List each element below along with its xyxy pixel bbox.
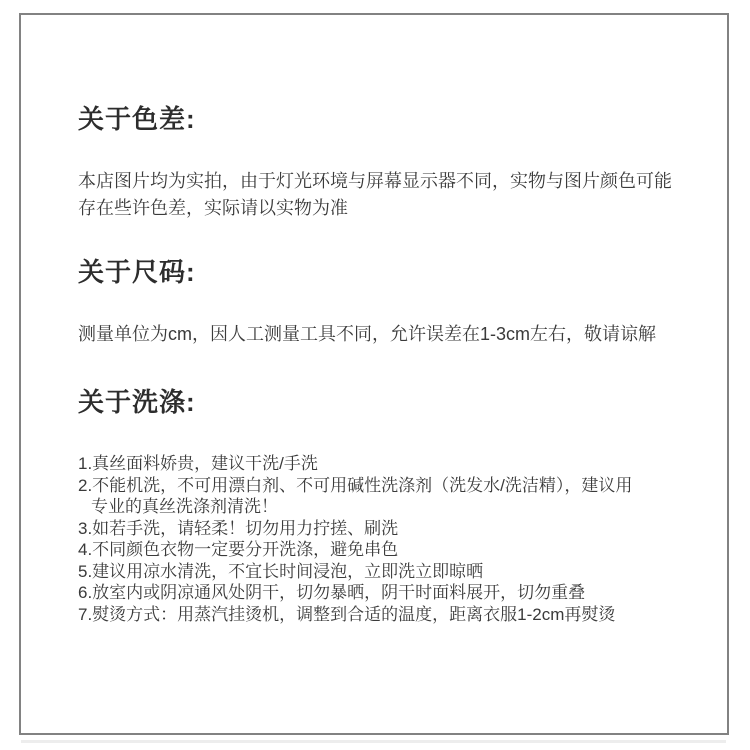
- heading-washing: 关于洗涤:: [78, 386, 699, 419]
- washing-instruction-item: 2.不能机洗，不可用漂白剂、不可用碱性洗涤剂（洗发水/洗洁精），建议用 专业的真…: [78, 475, 699, 518]
- product-notice-image: 关于色差: 本店图片均为实拍，由于灯光环境与屏幕显示器不同，实物与图片颜色可能 …: [0, 0, 750, 750]
- heading-color-difference: 关于色差:: [78, 103, 699, 136]
- washing-instruction-item: 1.真丝面料娇贵，建议干洗/手洗: [78, 453, 699, 475]
- heading-size: 关于尺码:: [78, 256, 699, 289]
- washing-instruction-item: 6.放室内或阴凉通风处阴干，切勿暴晒，阴干时面料展开，切勿重叠: [78, 582, 699, 604]
- washing-instruction-item: 5.建议用凉水清洗，不宜长时间浸泡，立即洗立即晾晒: [78, 561, 699, 583]
- notice-card: 关于色差: 本店图片均为实拍，由于灯光环境与屏幕显示器不同，实物与图片颜色可能 …: [19, 13, 729, 735]
- paragraph-size: 测量单位为cm，因人工测量工具不同，允许误差在1-3cm左右，敬请谅解: [78, 321, 699, 348]
- washing-instruction-item: 4.不同颜色衣物一定要分开洗涤，避免串色: [78, 539, 699, 561]
- paragraph-color-difference: 本店图片均为实拍，由于灯光环境与屏幕显示器不同，实物与图片颜色可能 存在些许色差…: [78, 168, 699, 222]
- washing-instructions-list: 1.真丝面料娇贵，建议干洗/手洗 2.不能机洗，不可用漂白剂、不可用碱性洗涤剂（…: [78, 453, 699, 625]
- washing-instruction-item: 3.如若手洗，请轻柔！切勿用力拧搓、刷洗: [78, 518, 699, 540]
- bottom-ghost-divider: [21, 740, 726, 743]
- washing-instruction-item: 7.熨烫方式：用蒸汽挂烫机，调整到合适的温度，距离衣服1-2cm再熨烫: [78, 604, 699, 626]
